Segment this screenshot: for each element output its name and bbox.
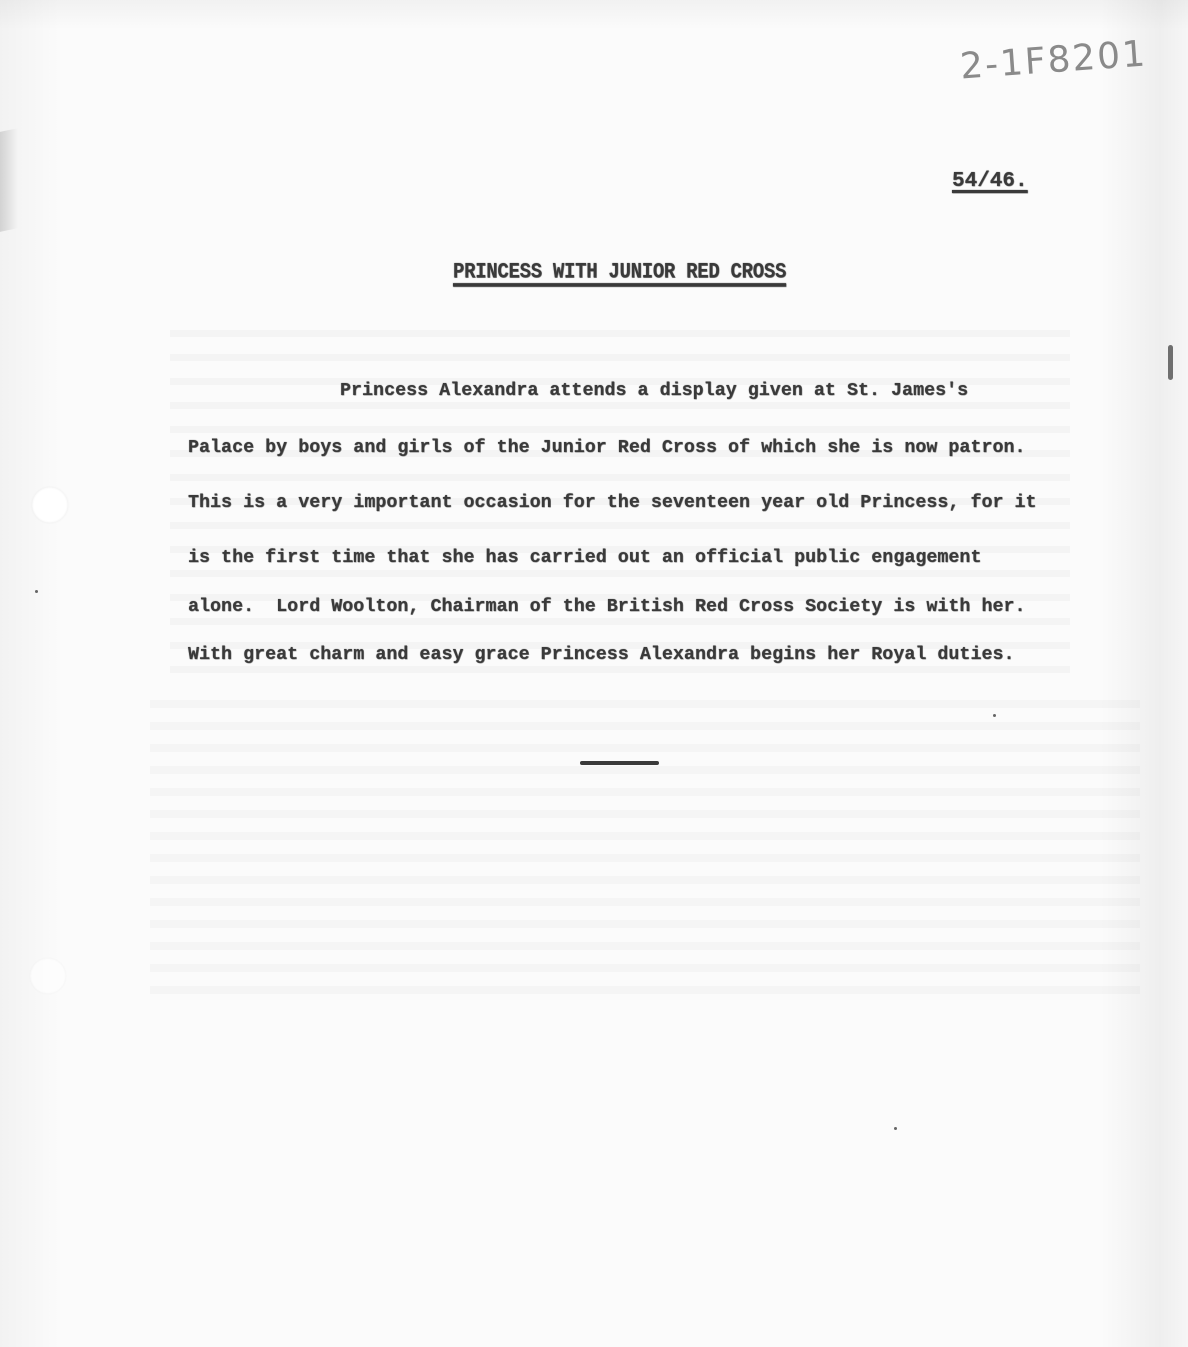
body-line: With great charm and easy grace Princess…	[188, 645, 1015, 665]
document-number: 54/46.	[952, 170, 1028, 193]
body-line: is the first time that she has carried o…	[188, 548, 981, 568]
page-title: PRINCESS WITH JUNIOR RED CROSS	[453, 259, 786, 284]
paper-fold-shadow	[0, 128, 18, 232]
edge-ink-mark	[1168, 345, 1173, 380]
paper-speck	[894, 1127, 897, 1130]
punch-hole-icon	[30, 958, 66, 994]
body-line: Palace by boys and girls of the Junior R…	[188, 438, 1026, 458]
handwritten-reference: 2-1F8201	[959, 34, 1149, 88]
paper-speck	[35, 590, 38, 593]
closing-rule	[580, 761, 659, 765]
scanned-page: 2-1F8201 54/46. PRINCESS WITH JUNIOR RED…	[0, 0, 1188, 1347]
reverse-side-show-through-lower	[150, 700, 1140, 1000]
body-line: This is a very important occasion for th…	[188, 493, 1037, 513]
paper-speck	[993, 714, 996, 717]
punch-hole-icon	[32, 487, 68, 523]
body-line: alone. Lord Woolton, Chairman of the Bri…	[188, 597, 1026, 617]
body-line: Princess Alexandra attends a display giv…	[340, 381, 968, 401]
